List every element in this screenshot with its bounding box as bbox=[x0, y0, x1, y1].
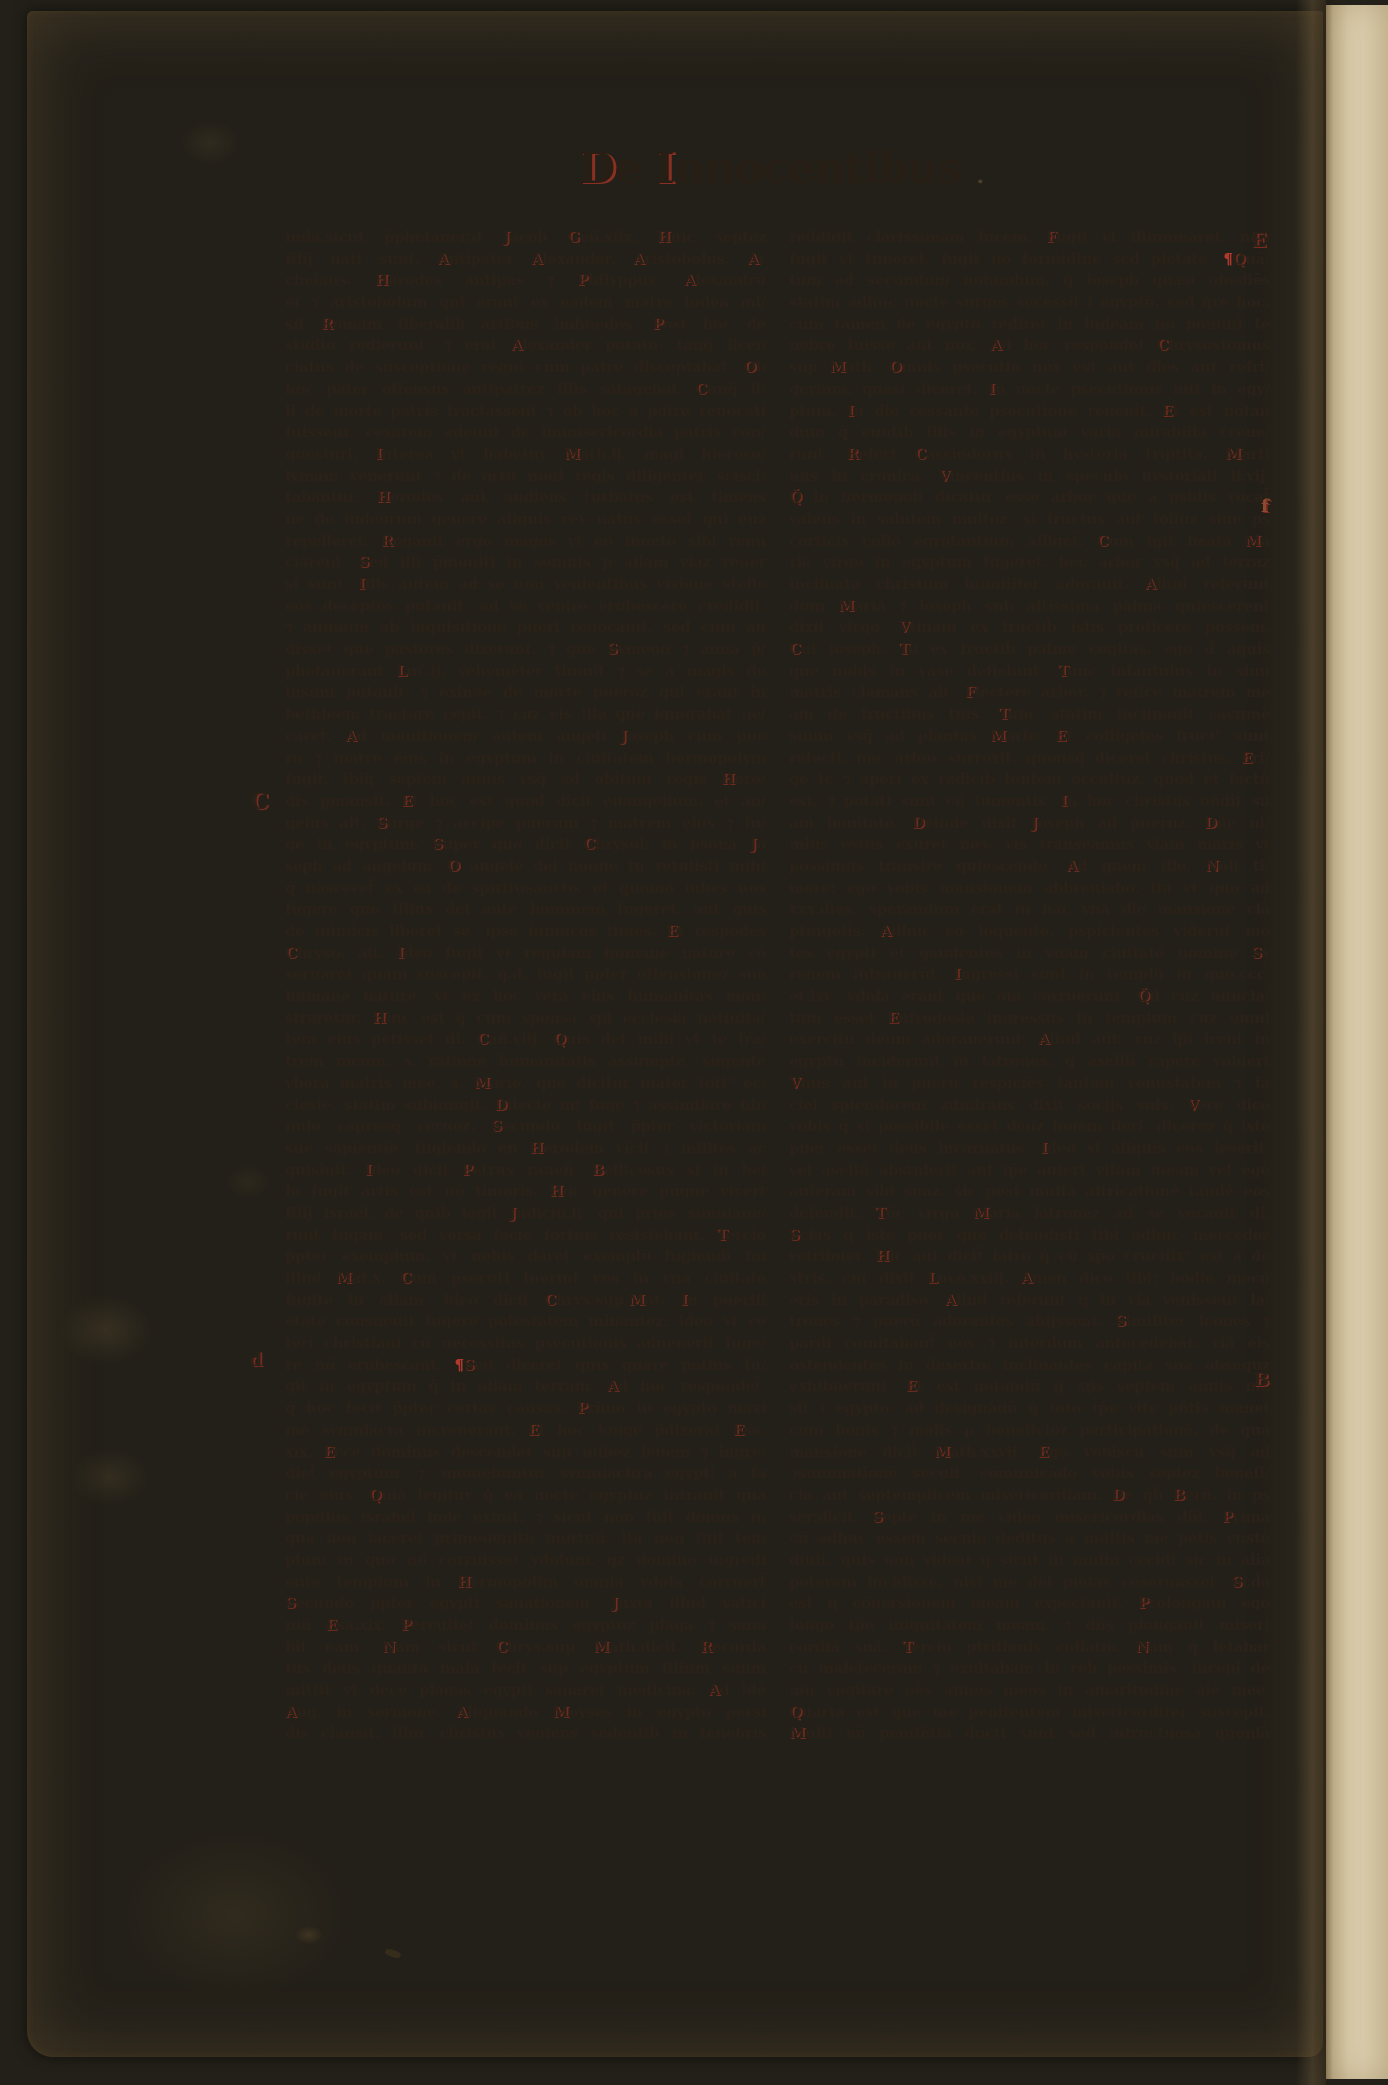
text-line: filij nati sunt. Antipater Alexander. Ar… bbox=[285, 249, 766, 271]
text-line: exhibuerunt. Et est notandū q̇ xp̃s sept… bbox=[789, 1376, 1270, 1398]
text-line: caret̃. Ad monitionem autem angeli Josep… bbox=[285, 726, 766, 748]
text-line: Quarta est que me penitentem misericordi… bbox=[789, 1702, 1270, 1724]
text-line: xix. Ecce dominus descendet sup nubez le… bbox=[285, 1442, 766, 1464]
text-line: mere: ego vobis mansionem abbreuiabo. it… bbox=[789, 878, 1270, 900]
text-line: humane nature. vt ex hoc vera eius human… bbox=[285, 986, 766, 1008]
text-line: ge in egyptum. Super quo dicit Chrysol. … bbox=[285, 834, 766, 856]
text-line: egyptū inciderunt in latrones. q̇ asellū… bbox=[789, 1051, 1270, 1073]
text-line: Vnus aūt in puerū respiciēs tantam venus… bbox=[789, 1073, 1270, 1095]
text-line: eris in paradiso. Aliud referunt q̇ in v… bbox=[789, 1290, 1270, 1312]
text-line: q̇ hoc fecit p̃pter certas causas. Primo… bbox=[285, 1398, 766, 1420]
margin-capitulum-mark: d bbox=[249, 1349, 262, 1371]
text-line: de inimicis liberet se. ipse inimicos ti… bbox=[285, 921, 766, 943]
text-line: plum in quo nō corruisset ydolum. qz dom… bbox=[285, 1550, 766, 1572]
text-line: hoc pater offensus antipatrez illis sata… bbox=[285, 379, 766, 401]
text-line: xtris. cui dixit Luce.xxiij. Amen dico t… bbox=[789, 1268, 1270, 1290]
text-line: etate consueuit fugere potestatem minant… bbox=[285, 1311, 766, 1333]
text-line: fugere quo filius dei ante hominem fuger… bbox=[285, 899, 766, 921]
text-line: cū malefeceram ⁊ exultabam in reb̃ pessi… bbox=[789, 1658, 1270, 1680]
text-line: dixit virgo. Vtinam ex fructib̃ istis pr… bbox=[789, 617, 1270, 639]
text-line: xxx.dies. sperandum erat in hac vna die … bbox=[789, 899, 1270, 921]
text-line: fugit vt timeret. fugit nō formidine sed… bbox=[789, 249, 1270, 271]
text-line: ciatus de susceptione regni cum patre di… bbox=[285, 357, 766, 379]
text-line: cordiā suā. Tercio ptritionis collatio. … bbox=[789, 1637, 1270, 1659]
title-word-innocentibus: Innocentibus bbox=[655, 144, 961, 194]
text-line: mius estus exuret nos. vis transeamus vi… bbox=[789, 834, 1270, 856]
text-line: defendit. Tūc virgo Maria latronez ad se… bbox=[789, 1203, 1270, 1225]
text-line: ne de iudeorum genere aliquis rex natus … bbox=[285, 509, 766, 531]
text-line: est. ⁊ potati sunt cū iumentis. In hoc c… bbox=[789, 791, 1270, 813]
text-line: q̇ nasceret̃ ex ea de spiritusancto. et … bbox=[285, 878, 766, 900]
text-line: cia aut septemplicem misericordiam. De q… bbox=[789, 1485, 1270, 1507]
text-line: Cui ioseph. Tu ex fructib̃ palme cogitas… bbox=[789, 639, 1270, 661]
text-line: phetauerant Luc̃.ij. vehemēter timuit ⁊ … bbox=[285, 661, 766, 683]
text-line: inclinata christum humiliter adorauit. A… bbox=[789, 574, 1270, 596]
margin-signature-mark: B bbox=[1253, 1369, 1269, 1391]
text-line: mittit vt decē plagas egypti sanaret med… bbox=[285, 1680, 766, 1702]
text-line: gelus ait. Surge ⁊ accipe puerum ⁊ matre… bbox=[285, 813, 766, 835]
text-column-left: iuda.sicut p̃phetauerat Jacob Geñ.xlix. … bbox=[285, 227, 766, 1745]
text-line: teri christiani cū necessitas psecutioni… bbox=[285, 1333, 766, 1355]
text-line: nulo capreeq̃ ceruoz. Secundo fugit p̃pt… bbox=[285, 1116, 766, 1138]
margin-capitulum-mark: C bbox=[251, 789, 269, 815]
margin-annotation-mark: f bbox=[1261, 496, 1269, 517]
text-line: disset que pastores dixerant. ⁊ que Syme… bbox=[285, 639, 766, 661]
text-line: bethleem tractare cepit. ⁊ cuz eis ille … bbox=[285, 704, 766, 726]
margin-signature-mark: E bbox=[1251, 228, 1266, 252]
text-line: repelleret. Rogauit ergo magos vt eo inu… bbox=[285, 531, 766, 553]
text-line: Q̃ in hermopoli dicatur esse arbor que a… bbox=[789, 487, 1270, 509]
text-line: eĩ ⁊ aristobolum qui erant ex eadem matr… bbox=[285, 292, 766, 314]
text-line: auferam sibi suaz. sic post multā altric… bbox=[789, 1181, 1270, 1203]
text-line: est q̇ cōuersionem meam expectauit. Prol… bbox=[789, 1593, 1270, 1615]
text-line: p̃pter exemplum. vt nobis daret exemplū … bbox=[285, 1246, 766, 1268]
text-line: filij israel. de quib̃ legit̃ Judiciū.ij… bbox=[285, 1203, 766, 1225]
text-line: ente templum in Hermopolim omnia ydola c… bbox=[285, 1572, 766, 1594]
text-line: trem meum. s. ratione humanitatis assump… bbox=[285, 1051, 766, 1073]
text-line: ciei splendorem admirans dixit socijs su… bbox=[789, 1095, 1270, 1117]
text-line: illud Mat.x. Cum psecuti fuerint vos in … bbox=[285, 1268, 766, 1290]
text-line: bit eam. Nam sicut Chrys.sup Math.dicit.… bbox=[285, 1637, 766, 1659]
text-line: studio redierunt. ⁊ erat Alexander porat… bbox=[285, 335, 766, 357]
text-line: vel asellū abstulerit aut ip̃e aufert vi… bbox=[789, 1160, 1270, 1182]
text-line: suum vsq̃ ad plantas Marie. Et colligēte… bbox=[789, 726, 1270, 748]
text-line: ptingetis. Adhuc eo loquente. pspiciente… bbox=[789, 921, 1270, 943]
text-line: matris clamans ait. Flectere arbor. ⁊ re… bbox=[789, 682, 1270, 704]
text-line: Aug. in sermone. Aliquando Moyses in egy… bbox=[285, 1702, 766, 1724]
text-line: reddidit clarissimam lucem. Fugit vt ill… bbox=[789, 227, 1270, 249]
text-line: Scias q̇ iste puer quē defendisti tibi a… bbox=[789, 1225, 1270, 1247]
text-line: tabantur. Herodes aūt audiens turbatus e… bbox=[285, 487, 766, 509]
text-line: vobis q̇ si possibile esset deuz hoīem f… bbox=[789, 1116, 1270, 1138]
stain bbox=[120, 1830, 350, 2000]
book-photograph: DeInnocentibus. iuda.sicut p̃phetauerat … bbox=[0, 0, 1388, 2085]
text-line: sue sapientie. fugiendo eñ Herodem vicit… bbox=[285, 1138, 766, 1160]
text-line: longo tp̃e iniquitatem meam. ⁊ dñs plong… bbox=[789, 1615, 1270, 1637]
text-line: ro ⁊ matre eius in egyptum in ciuitatem … bbox=[285, 748, 766, 770]
text-line: tem eius petisset di. Cañ.viij. Quis det… bbox=[285, 1029, 766, 1051]
text-line: runt. Refert Cassiodorus in hystoria tri… bbox=[789, 444, 1270, 466]
stain bbox=[70, 1448, 150, 1506]
text-line: ɔsummationē seculi. cōmunicādo vobis sep… bbox=[789, 1463, 1270, 1485]
text-line: mū cogitare oēs annos meos in amaritudin… bbox=[789, 1680, 1270, 1702]
text-line: lo fugit artis est nō timoris. Hoc gener… bbox=[285, 1181, 766, 1203]
text-line: trones ⁊ puerū adorantes abijssent. Simi… bbox=[789, 1311, 1270, 1333]
text-line: quisiuit. Ideo dicit Petrus raueñ. Belli… bbox=[285, 1160, 766, 1182]
text-line: clesie. statim subiungit. Dilecte mi fug… bbox=[285, 1095, 766, 1117]
text-line: straretur. Hinc est q̇ cum sponsa xp̃i e… bbox=[285, 1008, 766, 1030]
text-line: valens in salutem multoz. si fructus aut… bbox=[789, 509, 1270, 531]
text-line: nebre fuisse aut nox. Ad hoc respondet C… bbox=[789, 335, 1270, 357]
text-line: am bonitatē. Deinde dixit Joseph ad puer… bbox=[789, 813, 1270, 835]
text-line: corticis collo egrotantium alliget̃. Cum… bbox=[789, 531, 1270, 553]
text-line: lymam venerunt ⁊ de ortu noui regis dili… bbox=[285, 466, 766, 488]
text-line: li de morte patris tractassent ⁊ ob hoc … bbox=[285, 401, 766, 423]
text-line: statim adhuc nocte surgēs secessit ī egy… bbox=[789, 292, 1270, 314]
text-line: que nobis in vase deficiunt. Tunc infant… bbox=[789, 661, 1270, 683]
text-line: poteram incidisse. nisi me dei pietas cō… bbox=[789, 1572, 1270, 1594]
text-line: puer esset deus incarnatus. Ideo si aliq… bbox=[789, 1138, 1270, 1160]
text-line: sup Math. Omnis psecutio nox est aut die… bbox=[789, 357, 1270, 379]
text-line: seph ad angelum. O angele dei nonne tu r… bbox=[285, 856, 766, 878]
text-line: runt fugam. sed versa facie fortius resi… bbox=[285, 1225, 766, 1247]
text-line: fuissent. cesarem adeunt de immisericord… bbox=[285, 422, 766, 444]
text-line: am de fructibus tuis. Tunc statim inclin… bbox=[789, 704, 1270, 726]
text-line: dis clausit. illuc christus veniens sede… bbox=[285, 1723, 766, 1745]
text-line: ge te ⁊ aperi ex radicib̃ fontem occultu… bbox=[789, 769, 1270, 791]
text-line: pardi comitabant̃ eos ⁊ interdum anteced… bbox=[789, 1333, 1270, 1355]
text-line: re nō erubescant. ¶Sed diceret quis quar… bbox=[285, 1355, 766, 1377]
text-line: mansione dicit̃ Math.xxvij. Ego vobiscū … bbox=[789, 1442, 1270, 1464]
text-line: lusum putauit. ⁊ exinde de morte pueroz … bbox=[285, 682, 766, 704]
text-line: possimus transire quiescendo. Ad quem il… bbox=[789, 856, 1270, 878]
text-line: vbera matris mee. s. Marie. que dicitur … bbox=[285, 1073, 766, 1095]
text-line: me symulacra increuerant. Et hoc longe p… bbox=[285, 1420, 766, 1442]
text-line: git in egyptum q̃ in aliam terram. Ad ho… bbox=[285, 1376, 766, 1398]
text-line: chelaus. Herodes antipas ⁊ Philyppus. Al… bbox=[285, 270, 766, 292]
text-line: tus deus quanta mala fecit sup egyptum f… bbox=[285, 1658, 766, 1680]
text-line: cū adhuc essem seculo deditus a multis m… bbox=[789, 1528, 1270, 1550]
text-line: dis pmansit. Et hoc est quod dicit euang… bbox=[285, 791, 766, 813]
text-line: Chryso. ait. Ideo fugit vt regulam human… bbox=[285, 943, 766, 965]
text-column-right: reddidit clarissimam lucem. Fugit vt ill… bbox=[789, 227, 1270, 1745]
page-gutter-crease bbox=[1296, 0, 1326, 2085]
text-line: si sunt. Illis autem ad se non venientib… bbox=[285, 574, 766, 596]
text-line: nus in cronica. Vincentius in speculo hy… bbox=[789, 466, 1270, 488]
text-line: cum bonis ⁊ malis p beneficioz participa… bbox=[789, 1420, 1270, 1442]
text-line: sit ī egypto. ad designādū q̇ toto tp̃e … bbox=[789, 1398, 1270, 1420]
text-line: populus israhel inde exiuit. ⁊ sicut non… bbox=[285, 1507, 766, 1529]
text-line: niū Esa.xix. Percutiet dominus egyptuz p… bbox=[285, 1615, 766, 1637]
text-line: fugit. ibiq̃ septem annis vsq̃ ad obitum… bbox=[285, 769, 766, 791]
text-line: cum tamen de egypto rediret in iudeam nō… bbox=[789, 314, 1270, 336]
text-line: tes egypti et gaudentes in vnam ciuitatē… bbox=[789, 943, 1270, 965]
text-line: gerium. quasi diceret. In nocte psecutio… bbox=[789, 379, 1270, 401]
text-line: Multi eñ penitētia ducti sunt sed infruc… bbox=[789, 1723, 1270, 1745]
text-line: et.lxv. ydola erant que oīa corruerunt. … bbox=[789, 986, 1270, 1008]
stain bbox=[180, 120, 240, 166]
text-line: retribuet. Hic aūt dicit̃ latro q̇ cū xp… bbox=[789, 1246, 1270, 1268]
page-title: DeInnocentibus. bbox=[578, 144, 983, 206]
title-trailing-mark: . bbox=[977, 164, 983, 188]
text-line: dum Maria ⁊ ioseph sub altissima palma q… bbox=[789, 596, 1270, 618]
text-line: sit Romam liberalib̃ artibus imbuẽdos. P… bbox=[285, 314, 766, 336]
stain bbox=[296, 1926, 322, 1944]
text-line: tum esset Eufrodosie ingressus in templu… bbox=[789, 1008, 1270, 1030]
text-line: Secundo p̃pter egypti sanationem. Juxta … bbox=[285, 1593, 766, 1615]
text-line: exercitu deum adorauerunt. Aliud aūt. cu… bbox=[789, 1029, 1270, 1051]
text-line: seruaret quam suscepit. q.d. fugit p̃pte… bbox=[285, 964, 766, 986]
text-line: ostendentes in deserto: inclinantes capi… bbox=[789, 1355, 1270, 1377]
text-line: questuri. Interea vt habetur Math.ij. ma… bbox=[285, 444, 766, 466]
text-line: diuit. quis non videat q̇ sicut in multa… bbox=[789, 1550, 1270, 1572]
next-page-fore-edge bbox=[1326, 5, 1388, 2079]
title-word-de: De bbox=[578, 144, 641, 194]
text-line: ser.dicit. Septē in me video misericordi… bbox=[789, 1507, 1270, 1529]
text-line: dum q̇ euntib̃ illis in egyptum varia mi… bbox=[789, 422, 1270, 444]
text-line: qua non iaceret primogenitū mortuū. ita … bbox=[285, 1528, 766, 1550]
text-line: ptum. In die cessante psecutione reuenit… bbox=[789, 401, 1270, 423]
text-line: ciarent. Sed illi p̃moniti in somnis p a… bbox=[285, 552, 766, 574]
text-line: fugite in aliam. ideo dicit Chrys.sup.Ma… bbox=[285, 1290, 766, 1312]
text-line: diet̃ egyptum. ⁊ ɔmouebuntur symulachra … bbox=[285, 1463, 766, 1485]
text-line: cie eius. Quia legitur q̇ ea nocte egypt… bbox=[285, 1485, 766, 1507]
stain bbox=[58, 1295, 153, 1365]
stain bbox=[225, 1165, 271, 1199]
text-line: iuda.sicut p̃phetauerat Jacob Geñ.xlix. … bbox=[285, 227, 766, 249]
text-line: renem intrauerūt. Ingressi sunt in templ… bbox=[789, 964, 1270, 986]
text-line: ⁊ animum ab inquisitione pueri reuocauit… bbox=[285, 617, 766, 639]
text-line: ria virgo in egyptum fugeret. hec arbor … bbox=[789, 552, 1270, 574]
text-line: refecti. nec arbor surrexit. quousq̃ dic… bbox=[789, 748, 1270, 770]
text-line: eos deceptos putauit. ad se venire erube… bbox=[285, 596, 766, 618]
text-line: tum ad secundum notandum. q̇ ioseph quas… bbox=[789, 270, 1270, 292]
